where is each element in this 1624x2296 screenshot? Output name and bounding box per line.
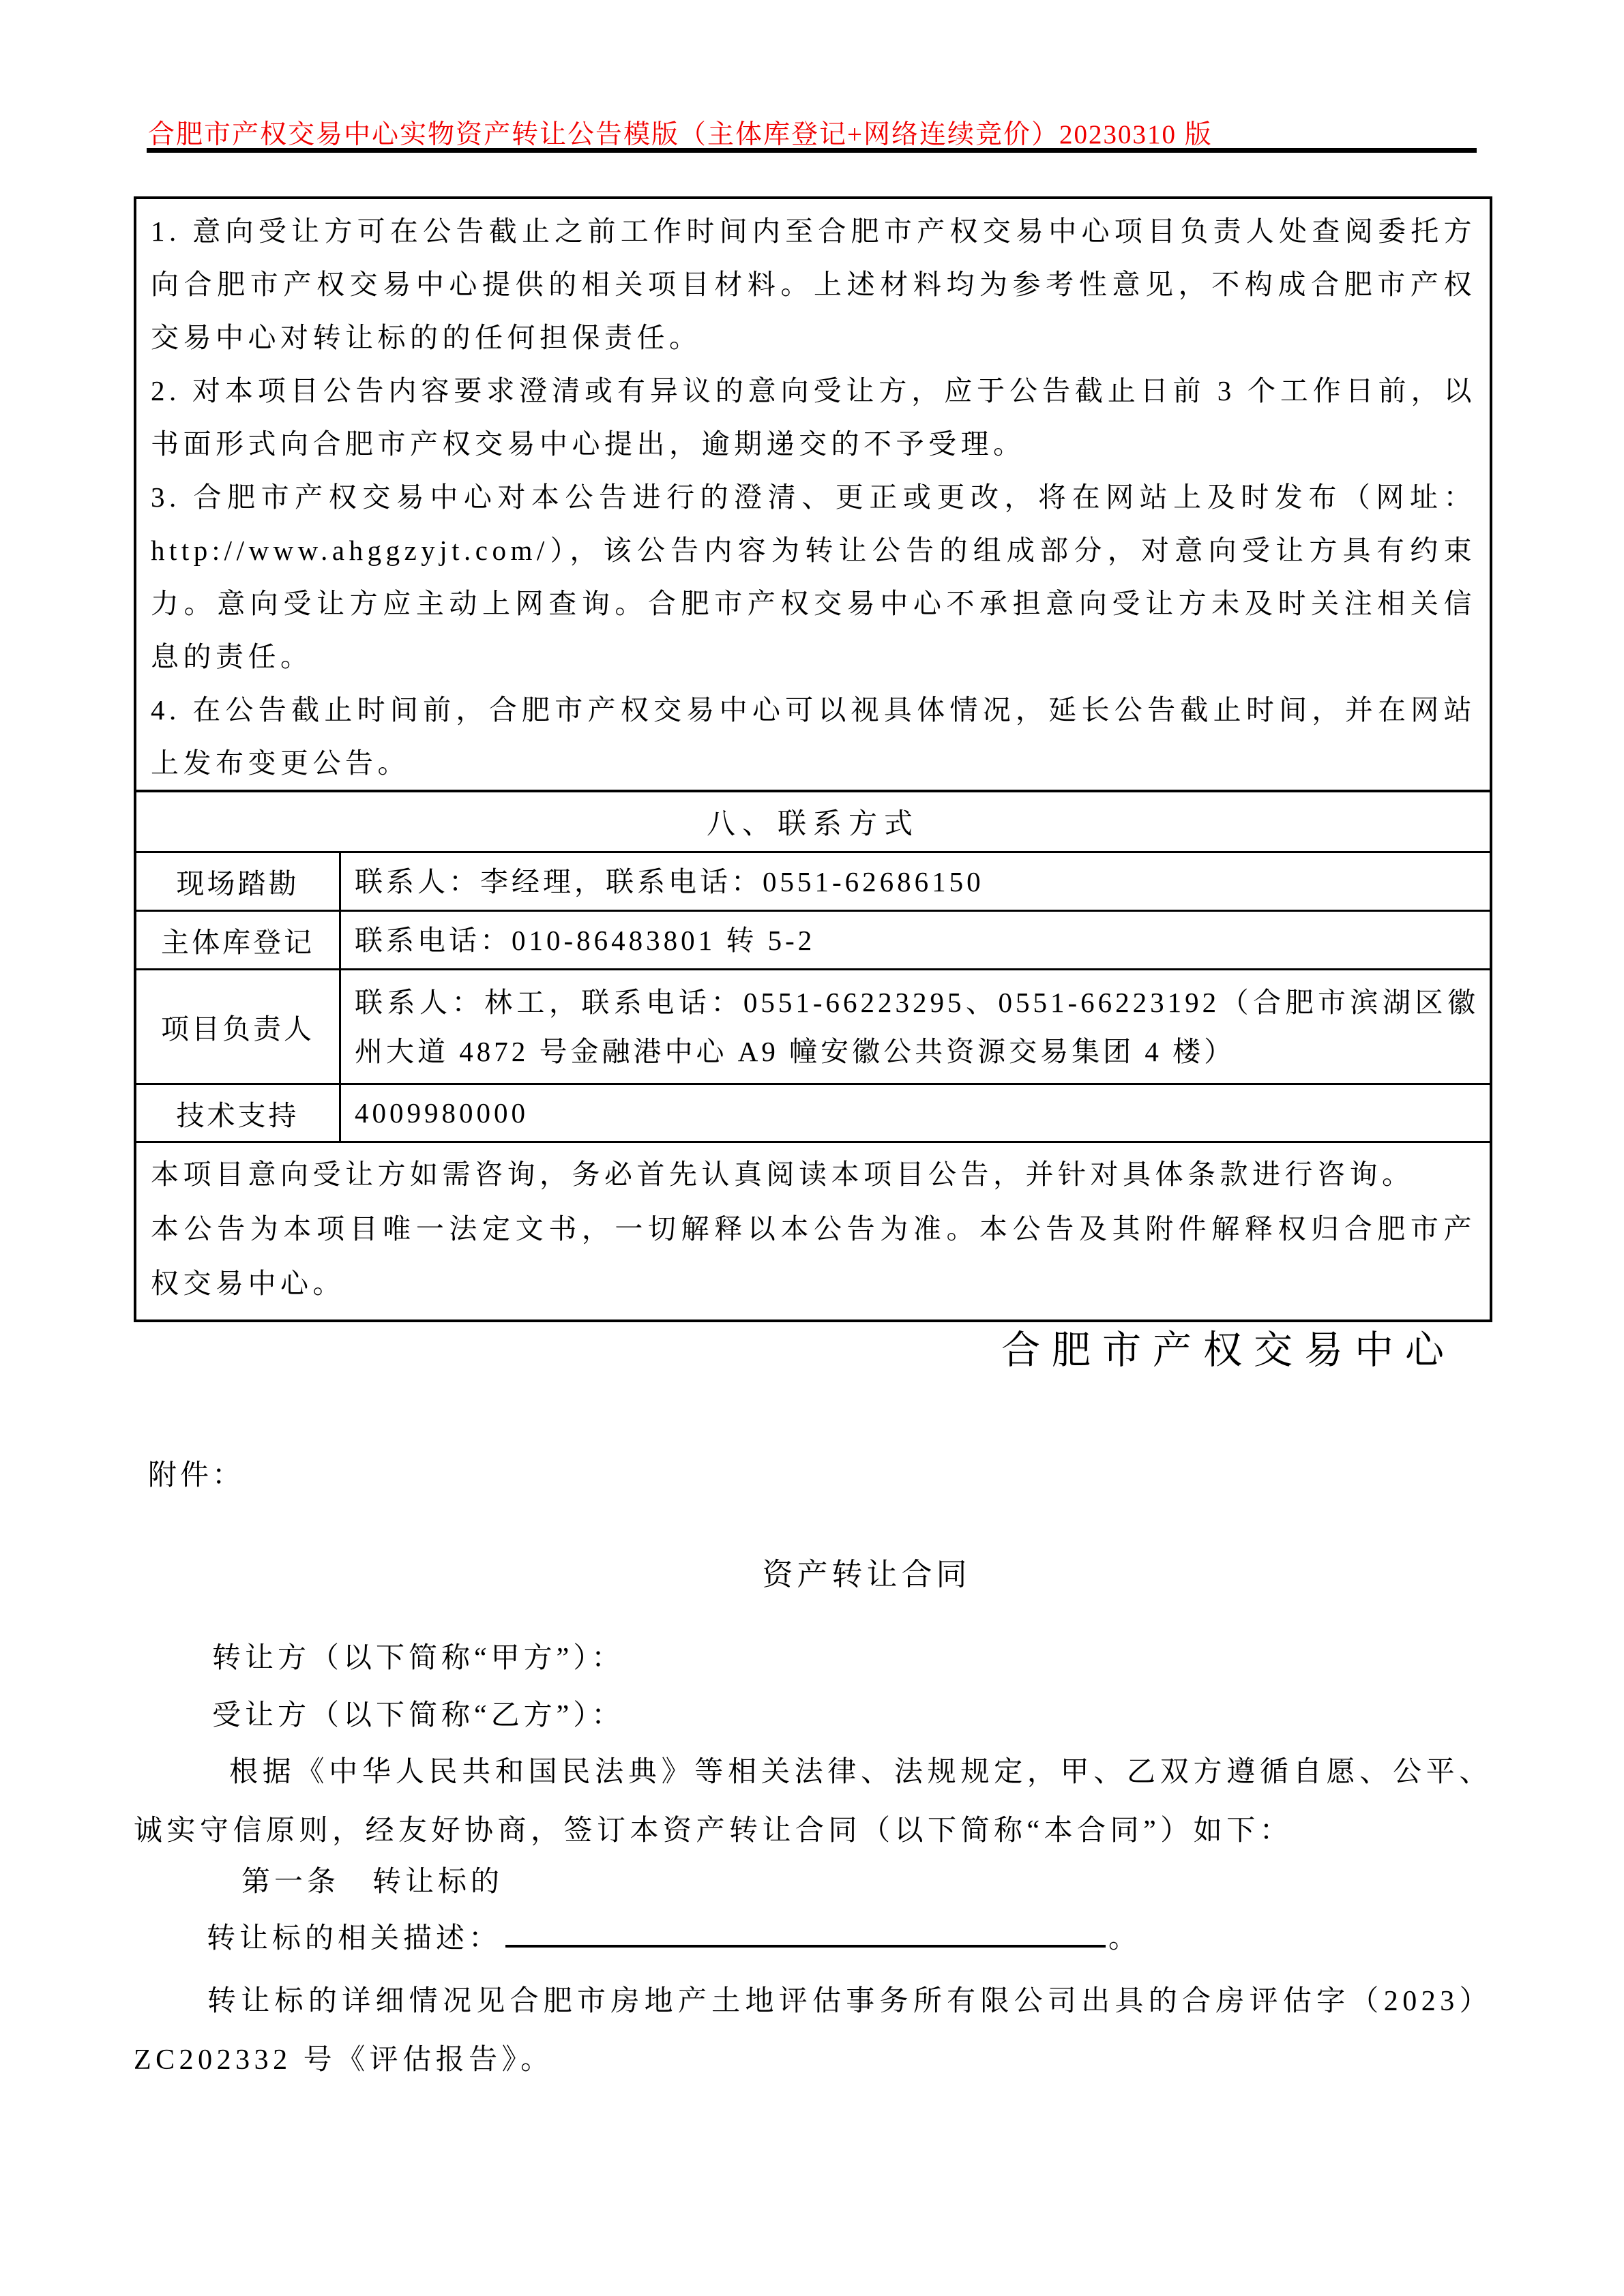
contract-detail-line: 转让标的详细情况见合肥市房地产土地评估事务所有限公司出具的合房评估字（2023）… [134, 1972, 1492, 2089]
document-page: 合肥市产权交易中心实物资产转让公告模版（主体库登记+网络连续竞价）2023031… [0, 0, 1624, 2296]
notice-footer: 本项目意向受让方如需咨询，务必首先认真阅读本项目公告，并针对具体条款进行咨询。 … [136, 1141, 1490, 1320]
contact-row-value-text: 联系电话：010-86483801 转 5-2 [355, 916, 815, 965]
notice-footer-line-1: 本项目意向受让方如需咨询，务必首先认真阅读本项目公告，并针对具体条款进行咨询。 [151, 1147, 1476, 1202]
contact-row-label: 技术支持 [136, 1085, 339, 1141]
contact-section-heading: 八、联系方式 [136, 790, 1490, 851]
notice-paragraph-1: 1. 意向受让方可在公告截止之前工作时间内至合肥市产权交易中心项目负责人处查阅委… [151, 205, 1476, 364]
contact-row-label: 现场踏勘 [136, 853, 339, 910]
notice-paragraph-3: 3. 合肥市产权交易中心对本公告进行的澄清、更正或更改，将在网站上及时发布（网址… [151, 471, 1476, 683]
contact-row-value: 4009980000 [339, 1085, 1490, 1141]
description-blank-underline [505, 1915, 1106, 1948]
contact-row-value-text: 联系人：李经理，联系电话：0551-62686150 [355, 857, 984, 906]
contact-row-value-text: 联系人：林工，联系电话：0551-66223295、0551-66223192（… [355, 978, 1479, 1076]
notice-paragraph-2: 2. 对本项目公告内容要求澄清或有异议的意向受让方，应于公告截止日前 3 个工作… [151, 364, 1476, 471]
description-label: 转让标的相关描述： [207, 1923, 501, 1954]
contact-row-value: 联系人：李经理，联系电话：0551-62686150 [339, 853, 1490, 910]
contact-row-label: 项目负责人 [136, 970, 339, 1083]
contract-preamble: 根据《中华人民共和国民法典》等相关法律、法规规定，甲、乙双方遵循自愿、公平、诚实… [134, 1743, 1492, 1860]
contact-row-value-text: 4009980000 [355, 1088, 529, 1137]
contract-party-b-line: 受让方（以下简称“乙方”）： [212, 1693, 624, 1733]
attachment-label: 附件： [148, 1452, 244, 1493]
notice-box: 1. 意向受让方可在公告截止之前工作时间内至合肥市产权交易中心项目负责人处查阅委… [134, 196, 1492, 1322]
contract-title: 资产转让合同 [0, 1549, 1624, 1594]
notice-paragraphs: 1. 意向受让方可在公告截止之前工作时间内至合肥市产权交易中心项目负责人处查阅委… [136, 199, 1490, 790]
contact-row-registry: 主体库登记 联系电话：010-86483801 转 5-2 [136, 910, 1490, 968]
contract-description-line: 转让标的相关描述：。 [207, 1915, 1141, 1956]
contract-party-a-line: 转让方（以下简称“甲方”）： [212, 1635, 624, 1676]
notice-footer-line-2: 本公告为本项目唯一法定文书，一切解释以本公告为准。本公告及其附件解释权归合肥市产… [151, 1202, 1476, 1311]
contract-article1-heading: 第一条 转让标的 [241, 1859, 503, 1900]
signature-organization: 合肥市产权交易中心 [1001, 1319, 1456, 1375]
contact-row-label: 主体库登记 [136, 912, 339, 968]
contact-row-tech-support: 技术支持 4009980000 [136, 1083, 1490, 1141]
contact-row-project-manager: 项目负责人 联系人：林工，联系电话：0551-66223295、0551-662… [136, 968, 1490, 1083]
contact-row-value: 联系人：林工，联系电话：0551-66223295、0551-66223192（… [339, 970, 1490, 1083]
template-header-title: 合肥市产权交易中心实物资产转让公告模版（主体库登记+网络连续竞价）2023031… [148, 113, 1213, 151]
contact-row-value: 联系电话：010-86483801 转 5-2 [339, 912, 1490, 968]
notice-paragraph-4: 4. 在公告截止时间前，合肥市产权交易中心可以视具体情况，延长公告截止时间，并在… [151, 683, 1476, 790]
contact-row-site-survey: 现场踏勘 联系人：李经理，联系电话：0551-62686150 [136, 851, 1490, 910]
header-rule-divider [147, 148, 1477, 153]
description-period: 。 [1108, 1923, 1141, 1954]
